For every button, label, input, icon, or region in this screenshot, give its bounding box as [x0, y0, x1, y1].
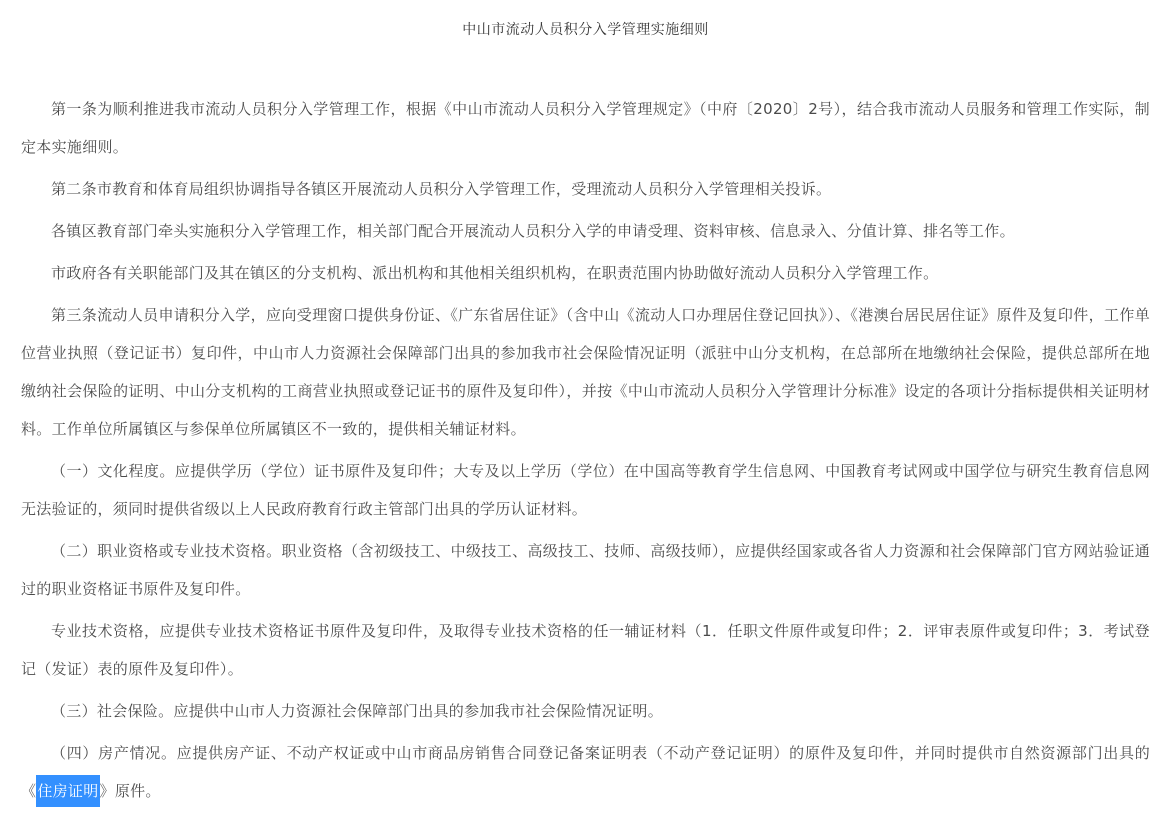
paragraph-item-4: （四）房产情况。应提供房产证、不动产权证或中山市商品房销售合同登记备案证明表（不… [21, 734, 1150, 810]
paragraph-item-2-sub: 专业技术资格，应提供专业技术资格证书原件及复印件，及取得专业技术资格的任一辅证材… [21, 612, 1150, 688]
paragraph-article-1: 第一条为顺利推进我市流动人员积分入学管理工作，根据《中山市流动人员积分入学管理规… [21, 90, 1150, 166]
paragraph-item-1: （一）文化程度。应提供学历（学位）证书原件及复印件；大专及以上学历（学位）在中国… [21, 452, 1150, 528]
paragraph-article-2-sub-2: 市政府各有关职能部门及其在镇区的分支机构、派出机构和其他相关组织机构，在职责范围… [21, 254, 1150, 292]
document-body: 第一条为顺利推进我市流动人员积分入学管理工作，根据《中山市流动人员积分入学管理规… [21, 90, 1150, 810]
paragraph-article-3: 第三条流动人员申请积分入学，应向受理窗口提供身份证、《广东省居住证》（含中山《流… [21, 296, 1150, 448]
paragraph-item-2: （二）职业资格或专业技术资格。职业资格（含初级技工、中级技工、高级技工、技师、高… [21, 532, 1150, 608]
paragraph-article-2-sub-1: 各镇区教育部门牵头实施积分入学管理工作，相关部门配合开展流动人员积分入学的申请受… [21, 212, 1150, 250]
selected-text-highlight[interactable]: 住房证明 [36, 775, 99, 807]
document-title: 中山市流动人员积分入学管理实施细则 [21, 20, 1150, 40]
document-page: 中山市流动人员积分入学管理实施细则 第一条为顺利推进我市流动人员积分入学管理工作… [0, 0, 1171, 821]
paragraph-item-4-post: 》原件。 [100, 782, 161, 800]
paragraph-item-4-pre: （四）房产情况。应提供房产证、不动产权证或中山市商品房销售合同登记备案证明表（不… [21, 744, 1150, 800]
paragraph-article-2: 第二条市教育和体育局组织协调指导各镇区开展流动人员积分入学管理工作，受理流动人员… [21, 170, 1150, 208]
paragraph-item-3: （三）社会保险。应提供中山市人力资源社会保障部门出具的参加我市社会保险情况证明。 [21, 692, 1150, 730]
